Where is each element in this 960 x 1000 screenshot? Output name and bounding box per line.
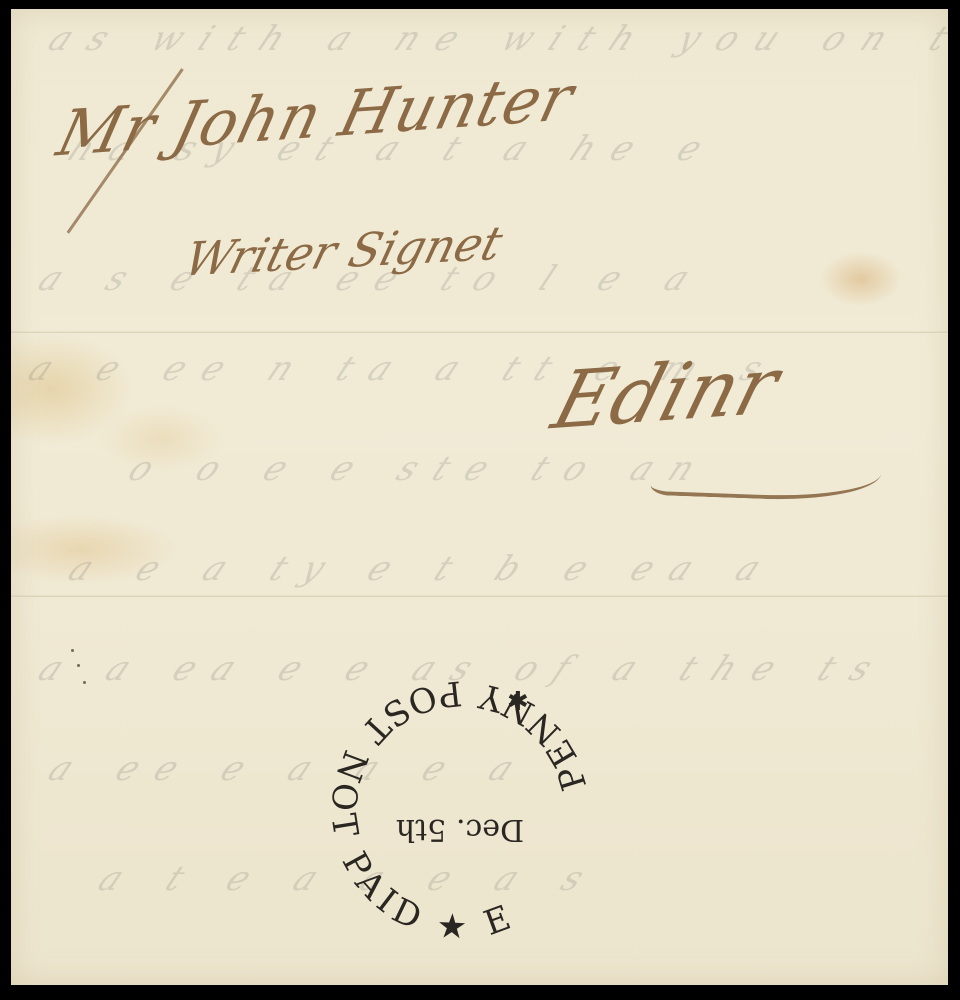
postmark-star: ✱ xyxy=(507,687,529,717)
ink-speck xyxy=(71,649,74,652)
postmark-graphic: PENNY POST NOT PAID ★ E Dec. 5th ✱ xyxy=(300,650,620,970)
bleed-through-text: a e a ty e t b e ea a xyxy=(62,549,786,589)
addressee-city: Edinr xyxy=(543,340,788,447)
postmark-date: Dec. 5th xyxy=(396,812,524,847)
underline-flourish xyxy=(650,451,881,503)
postmark-ring-text: PENNY POST NOT PAID ★ E xyxy=(322,672,595,947)
bleed-through-text: o o e e ste to an xyxy=(122,449,720,489)
circular-postmark: PENNY POST NOT PAID ★ E Dec. 5th ✱ xyxy=(300,650,620,970)
ink-speck xyxy=(77,664,80,667)
ink-speck xyxy=(83,681,86,684)
fold-line xyxy=(11,595,948,598)
bleed-through-text: as with a ne with you on ta xyxy=(42,19,960,59)
fold-line xyxy=(11,331,948,334)
